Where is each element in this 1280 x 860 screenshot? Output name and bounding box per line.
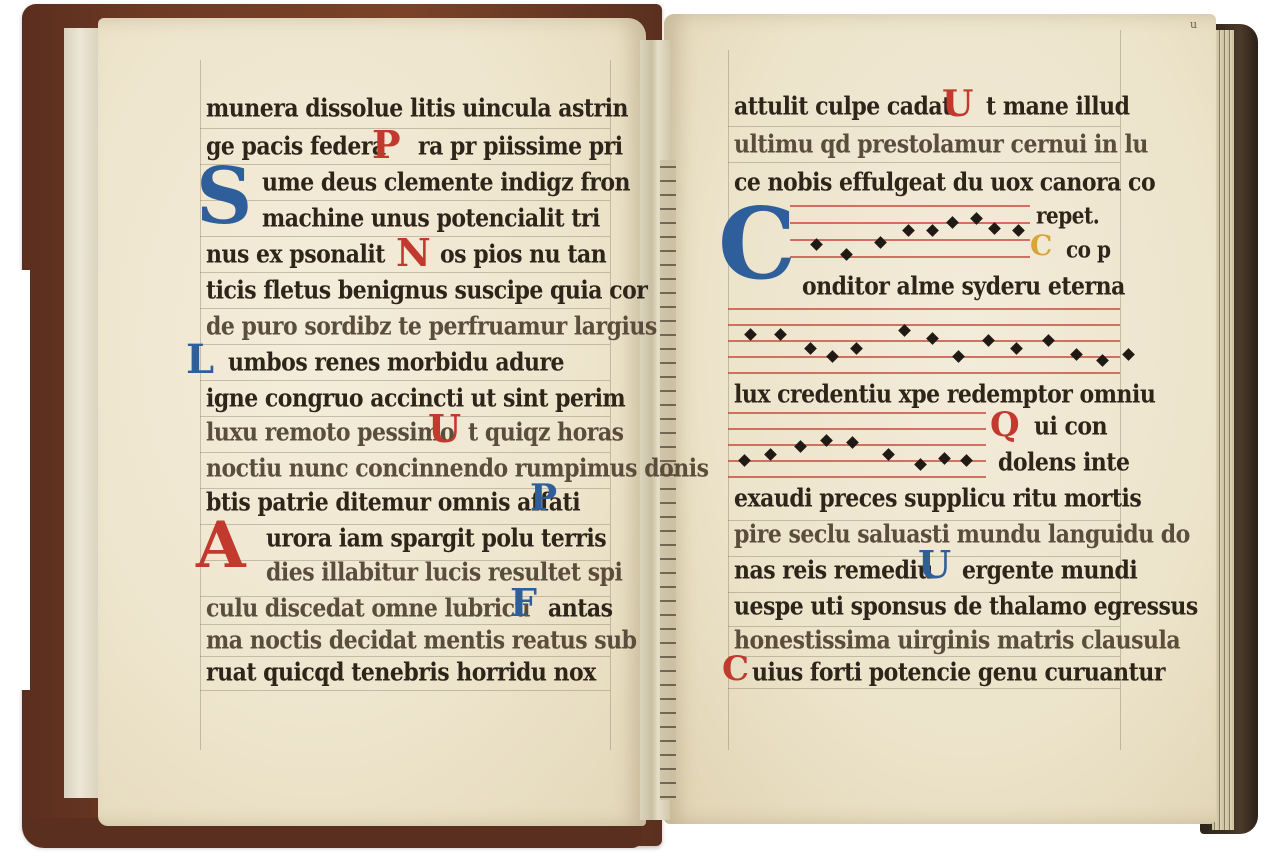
- ruled-line: [200, 380, 610, 381]
- staff-line: [790, 256, 1030, 258]
- staff-line: [728, 428, 986, 430]
- text-line: machine unus potencialit tri: [262, 206, 600, 231]
- ruled-line: [200, 344, 610, 345]
- initial-letter: P: [530, 480, 557, 516]
- text-line: attulit culpe cadat: [734, 94, 952, 119]
- initial-letter: F: [510, 584, 537, 622]
- text-line: igne congruo accincti ut sint perim: [206, 386, 625, 411]
- initial-letter: S: [196, 158, 252, 236]
- initial-letter: L: [186, 340, 214, 380]
- text-line: umbos renes morbidu adure: [228, 350, 564, 375]
- initial-letter: P: [372, 126, 401, 164]
- text-line: repet.: [1036, 204, 1099, 227]
- text-line: ce nobis effulgeat du uox canora co: [734, 170, 1155, 195]
- ruled-line: [200, 164, 610, 165]
- text-line: de puro sordibz te perfruamur largius: [206, 314, 657, 339]
- text-line: ruat quicqd tenebris horridu nox: [206, 660, 596, 685]
- text-line: urora iam spargit polu terris: [266, 526, 606, 551]
- staff-line: [790, 239, 1030, 241]
- text-line: ma noctis decidat mentis reatus sub: [206, 628, 637, 653]
- ruled-line: [200, 308, 610, 309]
- text-line: munera dissolue litis uincula astrin: [206, 96, 628, 121]
- staff-line: [728, 476, 986, 478]
- initial-letter: N: [396, 234, 431, 272]
- text-line: uespe uti sponsus de thalamo egressus: [734, 594, 1198, 619]
- manuscript-photo: munera dissolue litis uincula astrin ge …: [0, 0, 1280, 860]
- text-line: t mane illud: [986, 94, 1129, 119]
- initial-letter: A: [196, 514, 246, 578]
- initial-letter: U: [918, 546, 951, 584]
- ruled-line: [200, 200, 610, 201]
- staff-line: [728, 340, 1120, 342]
- ruled-line: [200, 128, 610, 129]
- text-line: ume deus clemente indigz fron: [262, 170, 630, 195]
- ruled-line: [728, 126, 1120, 127]
- text-line: exaudi preces supplicu ritu mortis: [734, 486, 1141, 511]
- text-line: ra pr piissime pri: [418, 134, 623, 159]
- text-line: honestissima uirginis matris clausula: [734, 628, 1180, 653]
- initial-letter: C: [722, 652, 749, 686]
- initial-letter: Q: [990, 408, 1020, 442]
- text-line: ui con: [1034, 414, 1107, 439]
- text-line: ultimu qd prestolamur cernui in lu: [734, 132, 1148, 157]
- text-line: os pios nu tan: [440, 242, 606, 267]
- initial-letter: U: [942, 86, 973, 122]
- text-line: ticis fletus benignus suscipe quia cor: [206, 278, 647, 303]
- text-line: lux credentiu xpe redemptor omniu: [734, 382, 1155, 407]
- text-line: nas reis remediu: [734, 558, 933, 583]
- ruled-line: [200, 690, 610, 691]
- text-line: antas: [548, 596, 613, 621]
- cover-edge-notch: [14, 270, 30, 690]
- staff-line: [728, 372, 1120, 374]
- text-line: ergente mundi: [962, 558, 1137, 583]
- text-line: nus ex psonalit: [206, 242, 385, 267]
- text-line: dies illabitur lucis resultet spi: [266, 560, 622, 585]
- text-line: culu discedat omne lubricu: [206, 596, 530, 621]
- text-line: t quiqz horas: [468, 420, 624, 445]
- staff-line: [728, 412, 986, 414]
- text-line: onditor alme syderu eterna: [802, 274, 1125, 299]
- staff-line: [728, 356, 1120, 358]
- folio-mark: u: [1190, 18, 1197, 31]
- text-line: luxu remoto pessimo: [206, 420, 454, 445]
- initial-letter: U: [428, 410, 461, 448]
- text-line: btis patrie ditemur omnis affati: [206, 490, 580, 515]
- initial-letter: C: [1030, 232, 1052, 260]
- initial-letter: C: [718, 196, 796, 294]
- text-line: uius forti potencie genu curuantur: [752, 660, 1165, 685]
- staff-line: [790, 205, 1030, 207]
- left-margin-rule: [728, 50, 729, 750]
- staff-line: [728, 324, 1120, 326]
- ruled-line: [728, 162, 1120, 163]
- text-line: dolens inte: [998, 450, 1129, 475]
- text-line: noctiu nunc concinnendo rumpimus donis: [206, 456, 709, 481]
- ruled-line: [728, 688, 1120, 689]
- staff-line: [728, 308, 1120, 310]
- text-line: co p: [1066, 238, 1110, 261]
- text-line: pire seclu saluasti mundu languidu do: [734, 522, 1190, 547]
